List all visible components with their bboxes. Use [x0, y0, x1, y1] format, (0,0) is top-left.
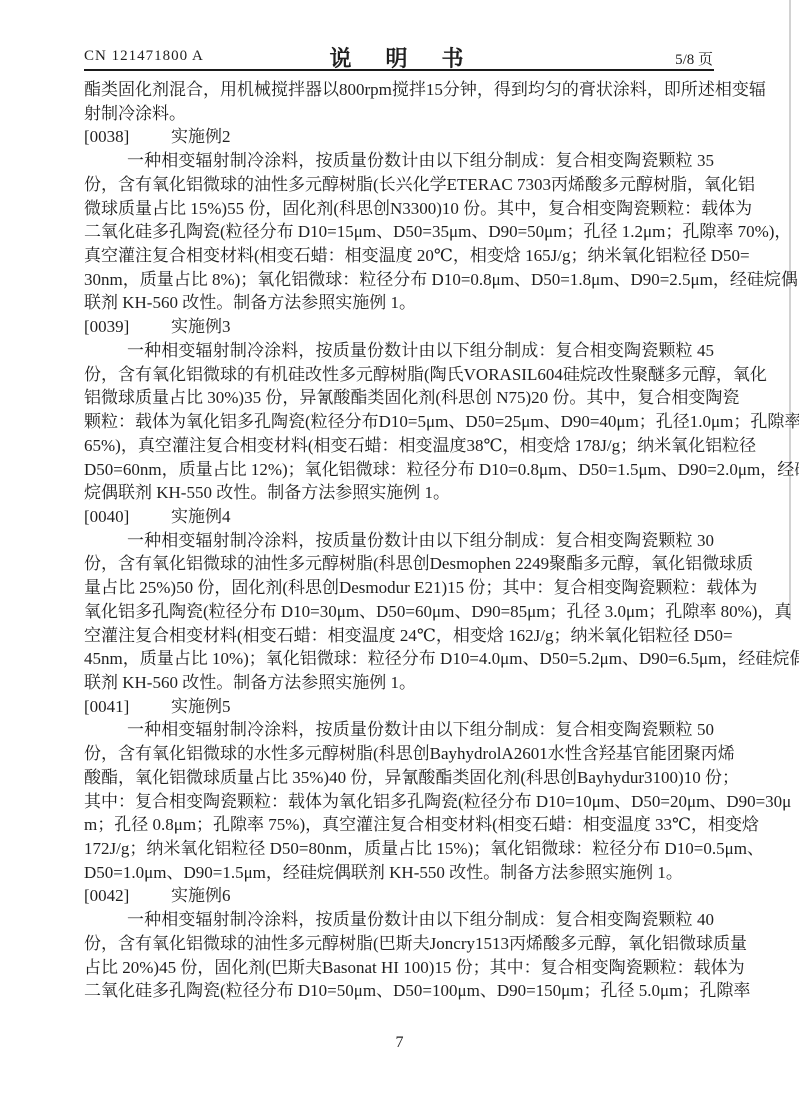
paragraph-heading: [0039]实施例3	[84, 315, 714, 339]
paragraph-heading: [0038]实施例2	[84, 125, 714, 149]
header-rule	[84, 69, 714, 71]
text-line: 65%)，真空灌注复合相变材料(相变石蜡：相变温度38℃，相变焓 178J/g；…	[84, 434, 714, 458]
paragraph-heading: [0042]实施例6	[84, 884, 714, 908]
text-line: D50=60nm，质量占比 12%)；氧化铝微球：粒径分布 D10=0.8μm、…	[84, 458, 714, 482]
text-line: 联剂 KH-560 改性。制备方法参照实施例 1。	[84, 671, 714, 695]
text-line: 份，含有氧化铝微球的油性多元醇树脂(巴斯夫Joncry1513丙烯酸多元醇，氧化…	[84, 932, 714, 956]
paragraph-heading: [0040]实施例4	[84, 505, 714, 529]
text-line: 一种相变辐射制冷涂料，按质量份数计由以下组分制成：复合相变陶瓷颗粒 40	[84, 908, 714, 932]
paragraph-number: [0042]	[84, 884, 171, 908]
paragraph-number: [0039]	[84, 315, 171, 339]
text-line: 氧化铝多孔陶瓷(粒径分布 D10=30μm、D50=60μm、D90=85μm；…	[84, 600, 714, 624]
text-line: 一种相变辐射制冷涂料，按质量份数计由以下组分制成：复合相变陶瓷颗粒 45	[84, 339, 714, 363]
text-line: m；孔径 0.8μm；孔隙率 75%)，真空灌注复合相变材料(相变石蜡：相变温度…	[84, 813, 714, 837]
text-line: 烷偶联剂 KH-550 改性。制备方法参照实施例 1。	[84, 481, 714, 505]
text-line: 一种相变辐射制冷涂料，按质量份数计由以下组分制成：复合相变陶瓷颗粒 30	[84, 529, 714, 553]
paragraph-number: [0040]	[84, 505, 171, 529]
text-line: 占比 20%)45 份，固化剂(巴斯夫Basonat HI 100)15 份；其…	[84, 956, 714, 980]
paragraph-label: 实施例4	[171, 507, 231, 526]
text-line: 一种相变辐射制冷涂料，按质量份数计由以下组分制成：复合相变陶瓷颗粒 35	[84, 149, 714, 173]
patent-description-page: CN 121471800 A 说 明 书 5/8 页 酯类固化剂混合，用机械搅拌…	[0, 0, 799, 1120]
footer-page-number: 7	[0, 1034, 799, 1052]
paragraph-heading: [0041]实施例5	[84, 695, 714, 719]
text-line: 真空灌注复合相变材料(相变石蜡：相变温度 20℃，相变焓 165J/g；纳米氧化…	[84, 244, 714, 268]
text-line: 空灌注复合相变材料(相变石蜡：相变温度 24℃，相变焓 162J/g；纳米氧化铝…	[84, 624, 714, 648]
text-line: 30nm，质量占比 8%)；氧化铝微球：粒径分布 D10=0.8μm、D50=1…	[84, 268, 714, 292]
text-line: 量占比 25%)50 份，固化剂(科思创Desmodur E21)15 份；其中…	[84, 576, 714, 600]
text-line: 份，含有氧化铝微球的水性多元醇树脂(科思创BayhydrolA2601水性含羟基…	[84, 742, 714, 766]
text-line: 射制冷涂料。	[84, 102, 714, 126]
text-line: 联剂 KH-560 改性。制备方法参照实施例 1。	[84, 291, 714, 315]
text-line: 二氧化硅多孔陶瓷(粒径分布 D10=15μm、D50=35μm、D90=50μm…	[84, 220, 714, 244]
text-line: 45nm，质量占比 10%)；氧化铝微球：粒径分布 D10=4.0μm、D50=…	[84, 647, 714, 671]
text-line: 一种相变辐射制冷涂料，按质量份数计由以下组分制成：复合相变陶瓷颗粒 50	[84, 718, 714, 742]
text-line: D50=1.0μm、D90=1.5μm，经硅烷偶联剂 KH-550 改性。制备方…	[84, 861, 714, 885]
paragraph-label: 实施例5	[171, 697, 231, 716]
text-line: 二氧化硅多孔陶瓷(粒径分布 D10=50μm、D50=100μm、D90=150…	[84, 979, 714, 1003]
paragraph-number: [0038]	[84, 125, 171, 149]
text-line: 铝微球质量占比 30%)35 份，异氰酸酯类固化剂(科思创 N75)20 份。其…	[84, 386, 714, 410]
text-line: 微球质量占比 15%)55 份，固化剂(科思创N3300)10 份。其中，复合相…	[84, 197, 714, 221]
text-line: 份，含有氧化铝微球的油性多元醇树脂(长兴化学ETERAC 7303丙烯酸多元醇树…	[84, 173, 714, 197]
document-body: 酯类固化剂混合，用机械搅拌器以800rpm搅拌15分钟，得到均匀的膏状涂料，即所…	[84, 78, 714, 1003]
paragraph-label: 实施例6	[171, 886, 231, 905]
paragraph-label: 实施例3	[171, 317, 231, 336]
sheet-page-indicator: 5/8 页	[675, 48, 713, 69]
text-line: 份，含有氧化铝微球的油性多元醇树脂(科思创Desmophen 2249聚酯多元醇…	[84, 552, 714, 576]
paragraph-label: 实施例2	[171, 127, 231, 146]
paragraph-number: [0041]	[84, 695, 171, 719]
text-line: 172J/g；纳米氧化铝粒径 D50=80nm，质量占比 15%)；氧化铝微球：…	[84, 837, 714, 861]
text-line: 份，含有氧化铝微球的有机硅改性多元醇树脂(陶氏VORASIL604硅烷改性聚醚多…	[84, 363, 714, 387]
text-line: 酯类固化剂混合，用机械搅拌器以800rpm搅拌15分钟，得到均匀的膏状涂料，即所…	[84, 78, 714, 102]
scan-page-edge	[789, 0, 791, 620]
text-line: 颗粒：载体为氧化铝多孔陶瓷(粒径分布D10=5μm、D50=25μm、D90=4…	[84, 410, 714, 434]
text-line: 其中：复合相变陶瓷颗粒：载体为氧化铝多孔陶瓷(粒径分布 D10=10μm、D50…	[84, 790, 714, 814]
text-line: 酸酯，氧化铝微球质量占比 35%)40 份，异氰酸酯类固化剂(科思创Bayhyd…	[84, 766, 714, 790]
